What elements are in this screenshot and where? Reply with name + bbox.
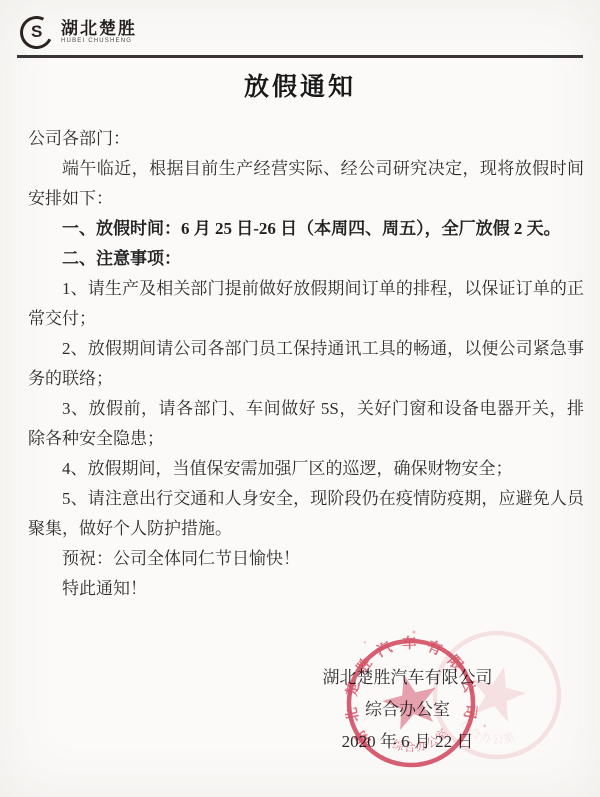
signature-block: 湖北楚胜汽车有限公司 综合办公室 2020 年 6 月 22 日 [315,662,500,758]
ink-speckle [364,641,367,644]
signature-date: 2020 年 6 月 22 日 [315,726,500,758]
signature-office: 综合办公室 [315,694,500,726]
wish-line: 预祝：公司全体同仁节日愉快！ [28,544,584,574]
intro-paragraph: 端午临近，根据目前生产经营实际、经公司研究决定，现将放假时间安排如下： [28,154,584,214]
document-body: 公司各部门： 端午临近，根据目前生产经营实际、经公司研究决定，现将放假时间安排如… [28,124,584,604]
holiday-time-line: 一、放假时间：6 月 25 日-26 日（本周四、周五），全厂放假 2 天。 [28,214,584,244]
note-item-2: 2、放假期间请公司各部门员工保持通讯工具的畅通，以便公司紧急事务的联络； [28,334,584,394]
document-page: S 湖北楚胜 HUBEI CHUSHENG 放假通知 公司各部门： 端午临近，根… [0,0,600,797]
closing-line: 特此通知！ [28,574,584,604]
brand-name-en: HUBEI CHUSHENG [61,38,137,45]
ink-speckle [412,630,416,634]
note-item-3: 3、放假前，请各部门、车间做好 5S，关好门窗和设备电器开关，排除各种安全隐患； [28,394,584,454]
signature-company: 湖北楚胜汽车有限公司 [315,662,500,694]
header-divider [17,55,583,58]
brand-text: 湖北楚胜 HUBEI CHUSHENG [61,20,137,45]
page-title: 放假通知 [0,67,600,103]
salutation: 公司各部门： [28,124,584,154]
brand-name-cn: 湖北楚胜 [61,20,137,38]
note-item-5: 5、请注意出行交通和人身安全，现阶段仍在疫情防疫期，应避免人员聚集，做好个人防护… [28,484,584,544]
note-item-1: 1、请生产及相关部门提前做好放假期间订单的排程，以保证订单的正常交付； [28,274,584,334]
logo-letter: S [31,23,42,40]
letterhead: S 湖北楚胜 HUBEI CHUSHENG [0,0,600,51]
note-item-4: 4、放假期间，当值保安需加强厂区的巡逻，确保财物安全； [28,454,584,484]
company-logo-icon: S [16,11,58,53]
notes-heading: 二、注意事项： [28,244,584,274]
